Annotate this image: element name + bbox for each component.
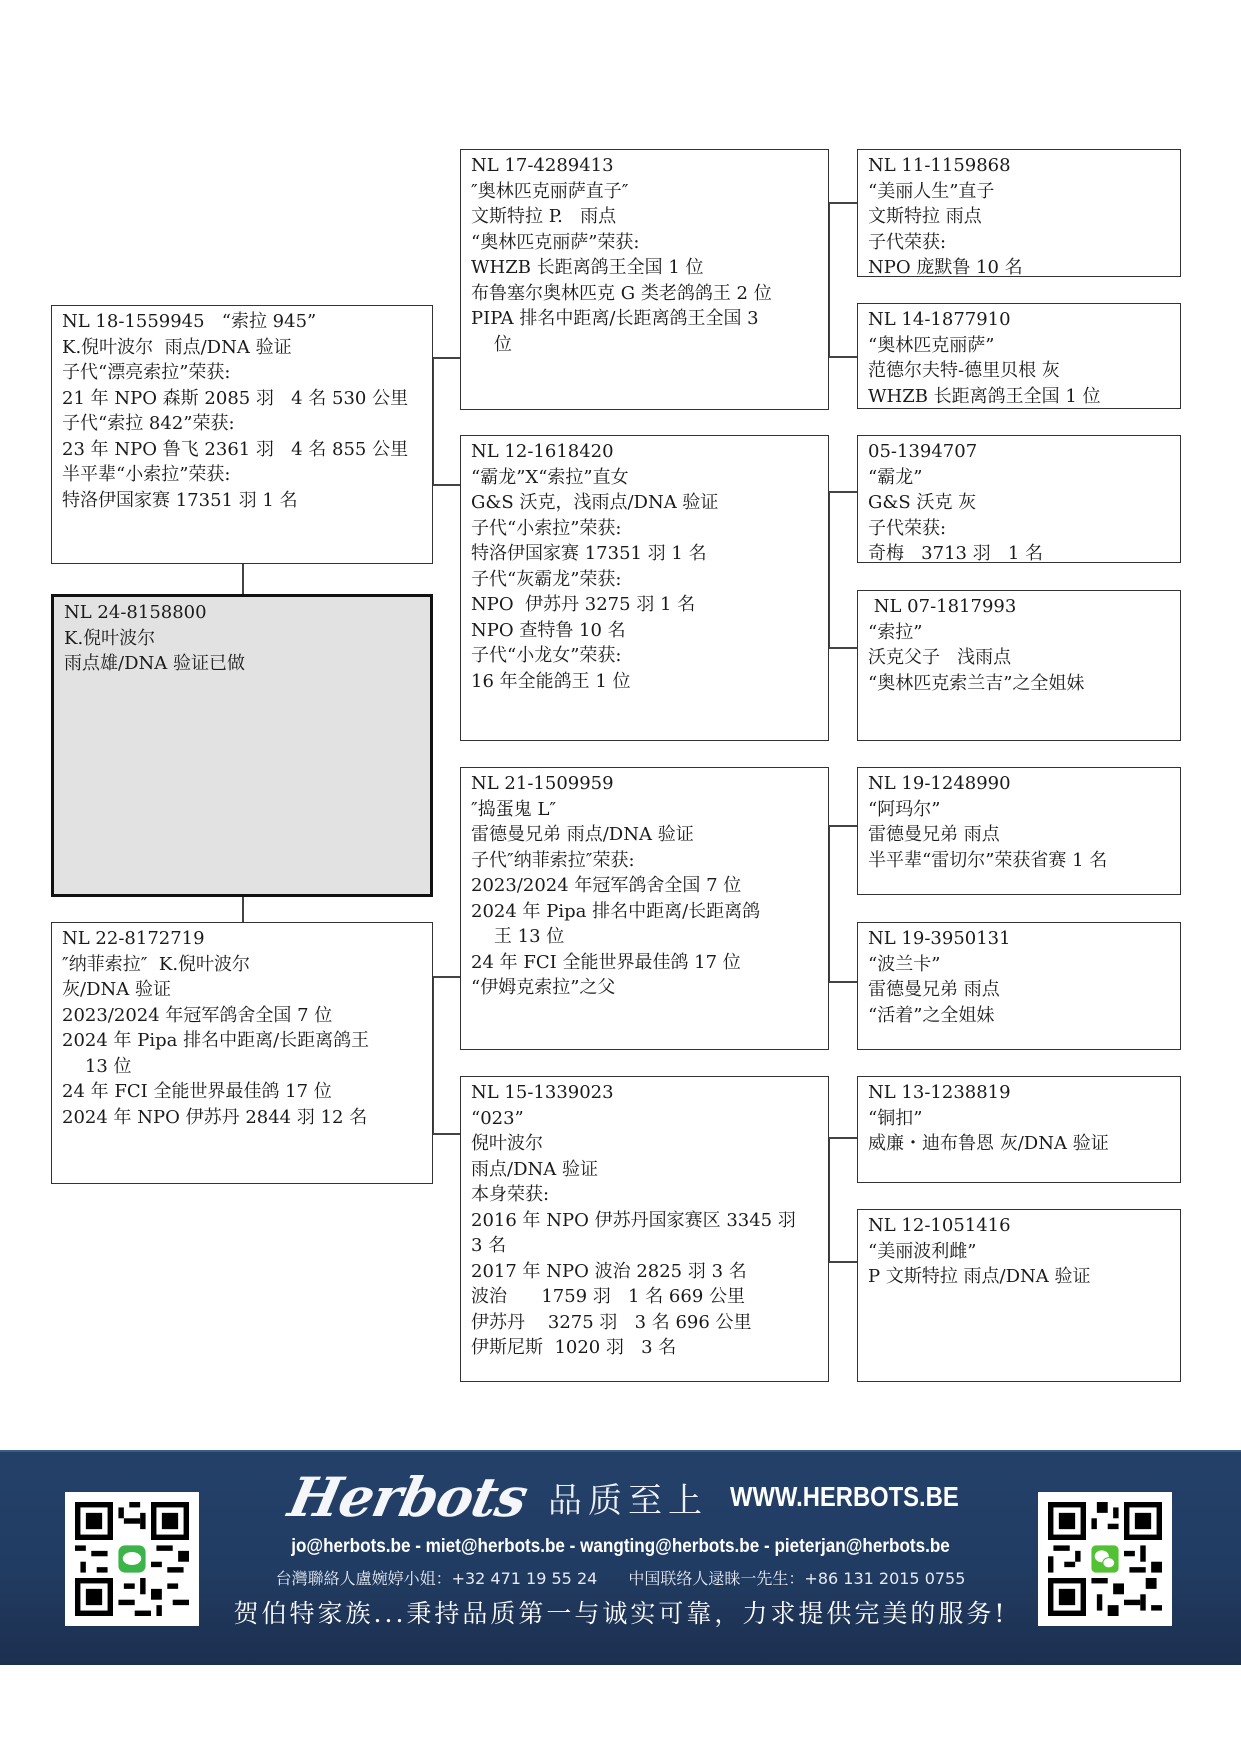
slogan: 品质至上: [548, 1473, 708, 1522]
pedigree-line: “阿玛尔”: [868, 797, 1170, 823]
pedigree-line: 伊斯尼斯 1020 羽 3 名: [471, 1335, 818, 1361]
pedigree-line: 子代荣获:: [868, 230, 1170, 256]
pedigree-line: 子代荣获:: [868, 516, 1170, 542]
dam-card: NL 22-8172719″纳菲索拉″ K.倪叶波尔灰/DNA 验证2023/2…: [51, 922, 433, 1184]
pedigree-line: 沃克父子 浅雨点: [868, 645, 1170, 671]
pedigree-line: 王 13 位: [471, 924, 818, 950]
pedigree-line: 伊苏丹 3275 羽 3 名 696 公里: [471, 1310, 818, 1336]
pedigree-line: 子代″纳菲索拉″荣获:: [471, 848, 818, 874]
pedigree-line: P 文斯特拉 雨点/DNA 验证: [868, 1264, 1170, 1290]
pedigree-line: 特洛伊国家赛 17351 羽 1 名: [471, 541, 818, 567]
dam-sire-sire-card: NL 19-1248990“阿玛尔”雷德曼兄弟 雨点半平辈“雷切尔”荣获省赛 1…: [857, 767, 1181, 895]
pedigree-line: “霸龙”: [868, 465, 1170, 491]
pedigree-line: “奥林匹克丽萨”: [868, 333, 1170, 359]
pedigree-line: 子代“小龙女”荣获:: [471, 643, 818, 669]
dam-dam-card: NL 15-1339023“023”倪叶波尔雨点/DNA 验证本身荣获:2016…: [460, 1076, 829, 1382]
pedigree-line: 雷德曼兄弟 雨点: [868, 822, 1170, 848]
pedigree-line: 特洛伊国家赛 17351 羽 1 名: [62, 488, 422, 514]
pedigree-line: 2016 年 NPO 伊苏丹国家赛区 3345 羽: [471, 1208, 818, 1234]
connector-line: [432, 976, 460, 978]
connector-line: [828, 825, 858, 827]
pedigree-line: NPO 查特鲁 10 名: [471, 618, 818, 644]
company-motto: 贺伯特家族...秉持品质第一与诚实可靠，力求提供完美的服务!: [200, 1594, 1041, 1630]
connector-line: [828, 647, 858, 649]
pedigree-line: 布鲁塞尔奥林匹克 G 类老鸽鸽王 2 位: [471, 281, 818, 307]
pedigree-line: 24 年 FCI 全能世界最佳鸽 17 位: [62, 1079, 422, 1105]
pedigree-line: “023”: [471, 1106, 818, 1132]
pedigree-line: G&S 沃克，浅雨点/DNA 验证: [471, 490, 818, 516]
pedigree-line: ″纳菲索拉″ K.倪叶波尔: [62, 952, 422, 978]
pedigree-line: NL 12-1051416: [868, 1213, 1170, 1239]
pedigree-line: 3 名: [471, 1233, 818, 1259]
pedigree-line: NL 11-1159868: [868, 153, 1170, 179]
pedigree-line: NPO 庞默鲁 10 名: [868, 255, 1170, 277]
pedigree-line: “活着”之全姐妹: [868, 1003, 1170, 1029]
connector-line: [242, 563, 244, 595]
connector-line: [828, 356, 858, 358]
pedigree-line: “霸龙”X“索拉”直女: [471, 465, 818, 491]
pedigree-line: 文斯特拉 P. 雨点: [471, 204, 818, 230]
connector-line: [828, 491, 858, 493]
china-contact: 中国联络人逯睐一先生：+86 131 2015 0755: [628, 1569, 965, 1588]
contact-phones: 台灣聯絡人盧婉婷小姐：+32 471 19 55 24 中国联络人逯睐一先生：+…: [220, 1566, 1021, 1589]
sire-card: NL 18-1559945 “索拉 945”K.倪叶波尔 雨点/DNA 验证子代…: [51, 305, 433, 564]
pedigree-line: NPO 伊苏丹 3275 羽 1 名: [471, 592, 818, 618]
pedigree-line: NL 19-1248990: [868, 771, 1170, 797]
pedigree-line: 雨点雄/DNA 验证已做: [64, 651, 420, 677]
connector-line: [242, 896, 244, 923]
pedigree-line: 23 年 NPO 鲁飞 2361 羽 4 名 855 公里: [62, 437, 422, 463]
sire-sire-dam-card: NL 14-1877910“奥林匹克丽萨”范德尔夫特-德里贝根 灰WHZB 长距…: [857, 303, 1181, 409]
pedigree-line: 威廉・迪布鲁恩 灰/DNA 验证: [868, 1131, 1170, 1157]
pedigree-line: NL 21-1509959: [471, 771, 818, 797]
pedigree-line: 2023/2024 年冠军鸽舍全国 7 位: [471, 873, 818, 899]
pedigree-line: 子代“小索拉”荣获:: [471, 516, 818, 542]
herbots-logo: Herbots: [283, 1465, 533, 1529]
pedigree-line: 2017 年 NPO 波治 2825 羽 3 名: [471, 1259, 818, 1285]
pedigree-line: 16 年全能鸽王 1 位: [471, 669, 818, 695]
website-link[interactable]: WWW.HERBOTS.BE: [730, 1481, 959, 1513]
pedigree-line: “美丽人生”直子: [868, 179, 1170, 205]
pedigree-line: K.倪叶波尔: [64, 626, 420, 652]
connector-line: [828, 981, 858, 983]
pedigree-line: 范德尔夫特-德里贝根 灰: [868, 358, 1170, 384]
line-qr-code[interactable]: [65, 1492, 199, 1626]
pedigree-line: G&S 沃克 灰: [868, 490, 1170, 516]
pedigree-line: 2024 年 Pipa 排名中距离/长距离鸽: [471, 899, 818, 925]
subject-pigeon-card: NL 24-8158800K.倪叶波尔雨点雄/DNA 验证已做: [51, 594, 433, 897]
pedigree-line: 位: [471, 332, 818, 358]
pedigree-line: 本身荣获:: [471, 1182, 818, 1208]
sire-dam-card: NL 12-1618420“霸龙”X“索拉”直女G&S 沃克，浅雨点/DNA 验…: [460, 435, 829, 741]
pedigree-line: 子代“灰霸龙”荣获:: [471, 567, 818, 593]
sire-sire-sire-card: NL 11-1159868“美丽人生”直子文斯特拉 雨点子代荣获:NPO 庞默鲁…: [857, 149, 1181, 277]
qr-code-icon: [75, 1502, 189, 1616]
wechat-qr-code[interactable]: [1038, 1492, 1172, 1626]
pedigree-line: 24 年 FCI 全能世界最佳鸽 17 位: [471, 950, 818, 976]
pedigree-line: “奥林匹克索兰吉”之全姐妹: [868, 671, 1170, 697]
pedigree-line: NL 14-1877910: [868, 307, 1170, 333]
connector-line: [432, 484, 460, 486]
dam-sire-card: NL 21-1509959″捣蛋鬼 L″雷德曼兄弟 雨点/DNA 验证子代″纳菲…: [460, 767, 829, 1050]
pedigree-line: K.倪叶波尔 雨点/DNA 验证: [62, 335, 422, 361]
pedigree-line: 文斯特拉 雨点: [868, 204, 1170, 230]
connector-line: [828, 1261, 858, 1263]
pedigree-line: NL 12-1618420: [471, 439, 818, 465]
pedigree-line: NL 07-1817993: [868, 594, 1170, 620]
connector-line: [828, 202, 858, 204]
contact-emails[interactable]: jo@herbots.be - miet@herbots.be - wangti…: [242, 1536, 999, 1558]
pedigree-line: “奥林匹克丽萨”荣获:: [471, 230, 818, 256]
footer-banner: Herbots 品质至上 WWW.HERBOTS.BE jo@herbots.b…: [0, 1450, 1241, 1665]
pedigree-line: 灰/DNA 验证: [62, 977, 422, 1003]
pedigree-line: “索拉”: [868, 620, 1170, 646]
connector-line: [432, 1133, 460, 1135]
pedigree-line: 半平辈“小索拉”荣获:: [62, 462, 422, 488]
pedigree-line: NL 15-1339023: [471, 1080, 818, 1106]
pedigree-line: WHZB 长距离鸽王全国 1 位: [471, 255, 818, 281]
pedigree-line: WHZB 长距离鸽王全国 1 位: [868, 384, 1170, 410]
pedigree-line: 2024 年 Pipa 排名中距离/长距离鸽王: [62, 1028, 422, 1054]
pedigree-line: 05-1394707: [868, 439, 1170, 465]
sire-dam-dam-card: NL 07-1817993“索拉”沃克父子 浅雨点“奥林匹克索兰吉”之全姐妹: [857, 590, 1181, 741]
sire-dam-sire-card: 05-1394707“霸龙”G&S 沃克 灰子代荣获:奇梅 3713 羽 1 名: [857, 435, 1181, 563]
connector-line: [828, 1137, 858, 1139]
pedigree-line: 半平辈“雷切尔”荣获省赛 1 名: [868, 848, 1170, 874]
taiwan-contact: 台灣聯絡人盧婉婷小姐：+32 471 19 55 24: [276, 1569, 598, 1588]
pedigree-line: NL 19-3950131: [868, 926, 1170, 952]
dam-sire-dam-card: NL 19-3950131“波兰卡”雷德曼兄弟 雨点“活着”之全姐妹: [857, 922, 1181, 1050]
pedigree-line: NL 22-8172719: [62, 926, 422, 952]
connector-line: [432, 357, 460, 359]
pedigree-line: 子代“漂亮索拉”荣获:: [62, 360, 422, 386]
pedigree-line: 21 年 NPO 森斯 2085 羽 4 名 530 公里: [62, 386, 422, 412]
pedigree-line: 波治 1759 羽 1 名 669 公里: [471, 1284, 818, 1310]
pedigree-line: “波兰卡”: [868, 952, 1170, 978]
pedigree-line: 奇梅 3713 羽 1 名: [868, 541, 1170, 563]
pedigree-line: NL 18-1559945 “索拉 945”: [62, 309, 422, 335]
pedigree-line: 雷德曼兄弟 雨点/DNA 验证: [471, 822, 818, 848]
pedigree-line: ″奥林匹克丽萨直子″: [471, 179, 818, 205]
pedigree-line: NL 13-1238819: [868, 1080, 1170, 1106]
pedigree-line: 2024 年 NPO 伊苏丹 2844 羽 12 名: [62, 1105, 422, 1131]
pedigree-line: “伊姆克索拉”之父: [471, 975, 818, 1001]
brand-header: Herbots 品质至上 WWW.HERBOTS.BE: [290, 1462, 999, 1532]
pedigree-line: 子代“索拉 842”荣获:: [62, 411, 422, 437]
pedigree-line: “铜扣”: [868, 1106, 1170, 1132]
pedigree-line: 雨点/DNA 验证: [471, 1157, 818, 1183]
dam-dam-sire-card: NL 13-1238819“铜扣”威廉・迪布鲁恩 灰/DNA 验证: [857, 1076, 1181, 1183]
pedigree-line: “美丽波利雌”: [868, 1239, 1170, 1265]
pedigree-line: NL 17-4289413: [471, 153, 818, 179]
qr-code-icon: [1048, 1502, 1162, 1616]
pedigree-line: 倪叶波尔: [471, 1131, 818, 1157]
pedigree-line: ″捣蛋鬼 L″: [471, 797, 818, 823]
pedigree-line: 2023/2024 年冠军鸽舍全国 7 位: [62, 1003, 422, 1029]
pedigree-line: PIPA 排名中距离/长距离鸽王全国 3: [471, 306, 818, 332]
sire-sire-card: NL 17-4289413″奥林匹克丽萨直子″文斯特拉 P. 雨点“奥林匹克丽萨…: [460, 149, 829, 410]
pedigree-line: NL 24-8158800: [64, 600, 420, 626]
dam-dam-dam-card: NL 12-1051416“美丽波利雌”P 文斯特拉 雨点/DNA 验证: [857, 1209, 1181, 1382]
pedigree-line: 雷德曼兄弟 雨点: [868, 977, 1170, 1003]
pedigree-line: 13 位: [62, 1054, 422, 1080]
